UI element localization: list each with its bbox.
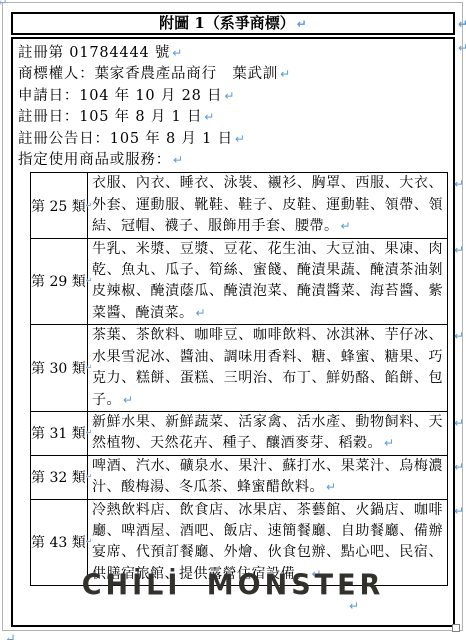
goods-cell: 衣服、內衣、睡衣、泳裝、襯衫、胸罩、西服、大衣、外套、運動服、靴鞋、鞋子、皮鞋、… <box>88 173 448 238</box>
return-mark-icon: ↵ <box>454 413 464 434</box>
class-label: 第 25 類 <box>31 199 86 215</box>
registration-info: 註冊第 01784444 號↵ 商標權人：葉家香農產品商行 葉武訓↵ 申請日：1… <box>13 39 453 171</box>
table-row: 第 30 類↵ 茶葉、茶飲料、咖啡豆、咖啡飲料、冰淇淋、芋仔冰、水果雪泥冰、醬油… <box>31 325 448 412</box>
return-mark-icon: ↵ <box>224 89 234 103</box>
application-date: 申請日：104 年 10 月 28 日 <box>18 88 222 104</box>
goods-text: 衣服、內衣、睡衣、泳裝、襯衫、胸罩、西服、大衣、外套、運動服、靴鞋、鞋子、皮鞋、… <box>92 175 443 234</box>
return-mark-icon: ↵ <box>280 67 290 81</box>
class-label: 第 32 類 <box>31 470 86 486</box>
table-row: 第 32 類↵ 啤酒、汽水、礦泉水、果汁、蘇打水、果菜汁、烏梅濃汁、酸梅湯、冬瓜… <box>31 455 448 499</box>
class-cell: 第 31 類↵ <box>31 411 88 455</box>
goods-cell: 牛乳、米漿、豆漿、豆花、花生油、大豆油、果凍、肉乾、魚丸、瓜子、筍絲、蜜餞、醃漬… <box>88 238 448 325</box>
return-mark-icon: ↵ <box>173 153 183 167</box>
class-label: 第 30 類 <box>31 361 86 377</box>
class-label: 第 29 類 <box>31 274 86 290</box>
return-mark-icon: ↵ <box>0 0 8 10</box>
return-mark-icon: ↵ <box>454 457 464 478</box>
return-mark-icon: ↵ <box>204 110 214 124</box>
publication-date: 註冊公告日：105 年 8 月 1 日 <box>18 131 233 147</box>
class-cell: 第 29 類↵ <box>31 238 88 325</box>
return-mark-icon: ↵ <box>196 306 206 320</box>
trademark-owner-line: 商標權人：葉家香農產品商行 葉武訓↵ <box>18 64 453 85</box>
return-mark-icon: ↵ <box>172 46 182 60</box>
class-cell: 第 25 類↵ <box>31 173 88 238</box>
class-label: 第 31 類 <box>31 426 86 442</box>
return-mark-icon: ↵ <box>458 41 466 55</box>
registration-number-line: 註冊第 01784444 號↵ <box>18 43 453 64</box>
goods-classes-table: 第 25 類↵ 衣服、內衣、睡衣、泳裝、襯衫、胸罩、西服、大衣、外套、運動服、靴… <box>30 172 448 586</box>
designated-goods-label: 指定使用商品或服務： <box>18 152 171 168</box>
class-cell: 第 30 類↵ <box>31 325 88 412</box>
class-label: 第 43 類 <box>31 535 86 551</box>
goods-cell: 啤酒、汽水、礦泉水、果汁、蘇打水、果菜汁、烏梅濃汁、酸梅湯、冬瓜茶、蜂蜜醋飲料。… <box>88 455 448 499</box>
application-date-line: 申請日：104 年 10 月 28 日↵ <box>18 86 453 107</box>
return-mark-icon: ↵ <box>458 15 466 34</box>
return-mark-icon: ↵ <box>454 240 464 261</box>
return-mark-icon: ↵ <box>454 174 464 195</box>
return-mark-icon: ↵ <box>454 501 464 522</box>
registration-date: 註冊日：105 年 8 月 1 日 <box>18 109 202 125</box>
return-mark-icon: ↵ <box>341 219 351 233</box>
table-row: 第 31 類↵ 新鮮水果、新鮮蔬菜、活家禽、活水產、動物飼料、天然植物、天然花卉… <box>31 411 448 455</box>
goods-cell: 茶葉、茶飲料、咖啡豆、咖啡飲料、冰淇淋、芋仔冰、水果雪泥冰、醬油、調味用香料、糖… <box>88 325 448 412</box>
goods-text: 茶葉、茶飲料、咖啡豆、咖啡飲料、冰淇淋、芋仔冰、水果雪泥冰、醬油、調味用香料、糖… <box>92 327 443 407</box>
return-mark-icon: ↵ <box>454 326 464 347</box>
main-content-box: ↵ 註冊第 01784444 號↵ 商標權人：葉家香農產品商行 葉武訓↵ 申請日… <box>11 37 455 627</box>
trademark-logo-text: CHİLİ MONSTER <box>82 569 385 602</box>
document-page: ↵ 附圖 1（系爭商標）↵ ↵ ↵ 註冊第 01784444 號↵ 商標權人：葉… <box>0 0 466 640</box>
goods-text: 牛乳、米漿、豆漿、豆花、花生油、大豆油、果凍、肉乾、魚丸、瓜子、筍絲、蜜餞、醃漬… <box>92 241 443 321</box>
trademark-logo: CHİLİ MONSTER ↵ <box>13 570 453 601</box>
trademark-owner: 商標權人：葉家香農產品商行 葉武訓 <box>18 66 278 82</box>
goods-cell: 新鮮水果、新鮮蔬菜、活家禽、活水產、動物飼料、天然植物、天然花卉、種子、釀酒麥芽… <box>88 411 448 455</box>
page-title: 附圖 1（系爭商標） <box>159 14 295 32</box>
return-mark-icon: ↵ <box>384 436 394 450</box>
registration-number: 註冊第 01784444 號 <box>18 45 170 61</box>
return-mark-icon: ↵ <box>123 393 133 407</box>
table-row: 第 25 類↵ 衣服、內衣、睡衣、泳裝、襯衫、胸罩、西服、大衣、外套、運動服、靴… <box>31 173 448 238</box>
return-mark-icon: ↵ <box>349 599 359 613</box>
class-cell: 第 32 類↵ <box>31 455 88 499</box>
resize-handle <box>452 624 460 632</box>
return-mark-icon: ↵ <box>297 17 307 31</box>
publication-date-line: 註冊公告日：105 年 8 月 1 日↵ <box>18 129 453 150</box>
table-row: 第 29 類↵ 牛乳、米漿、豆漿、豆花、花生油、大豆油、果凍、肉乾、魚丸、瓜子、… <box>31 238 448 325</box>
return-mark-icon: ↵ <box>326 480 336 494</box>
goods-text: 啤酒、汽水、礦泉水、果汁、蘇打水、果菜汁、烏梅濃汁、酸梅湯、冬瓜茶、蜂蜜醋飲料。 <box>92 458 443 495</box>
registration-date-line: 註冊日：105 年 8 月 1 日↵ <box>18 107 453 128</box>
title-box: 附圖 1（系爭商標）↵ ↵ <box>11 12 455 35</box>
designated-goods-heading: 指定使用商品或服務：↵ <box>18 150 453 171</box>
return-mark-icon: ↵ <box>5 632 16 640</box>
return-mark-icon: ↵ <box>235 132 245 146</box>
